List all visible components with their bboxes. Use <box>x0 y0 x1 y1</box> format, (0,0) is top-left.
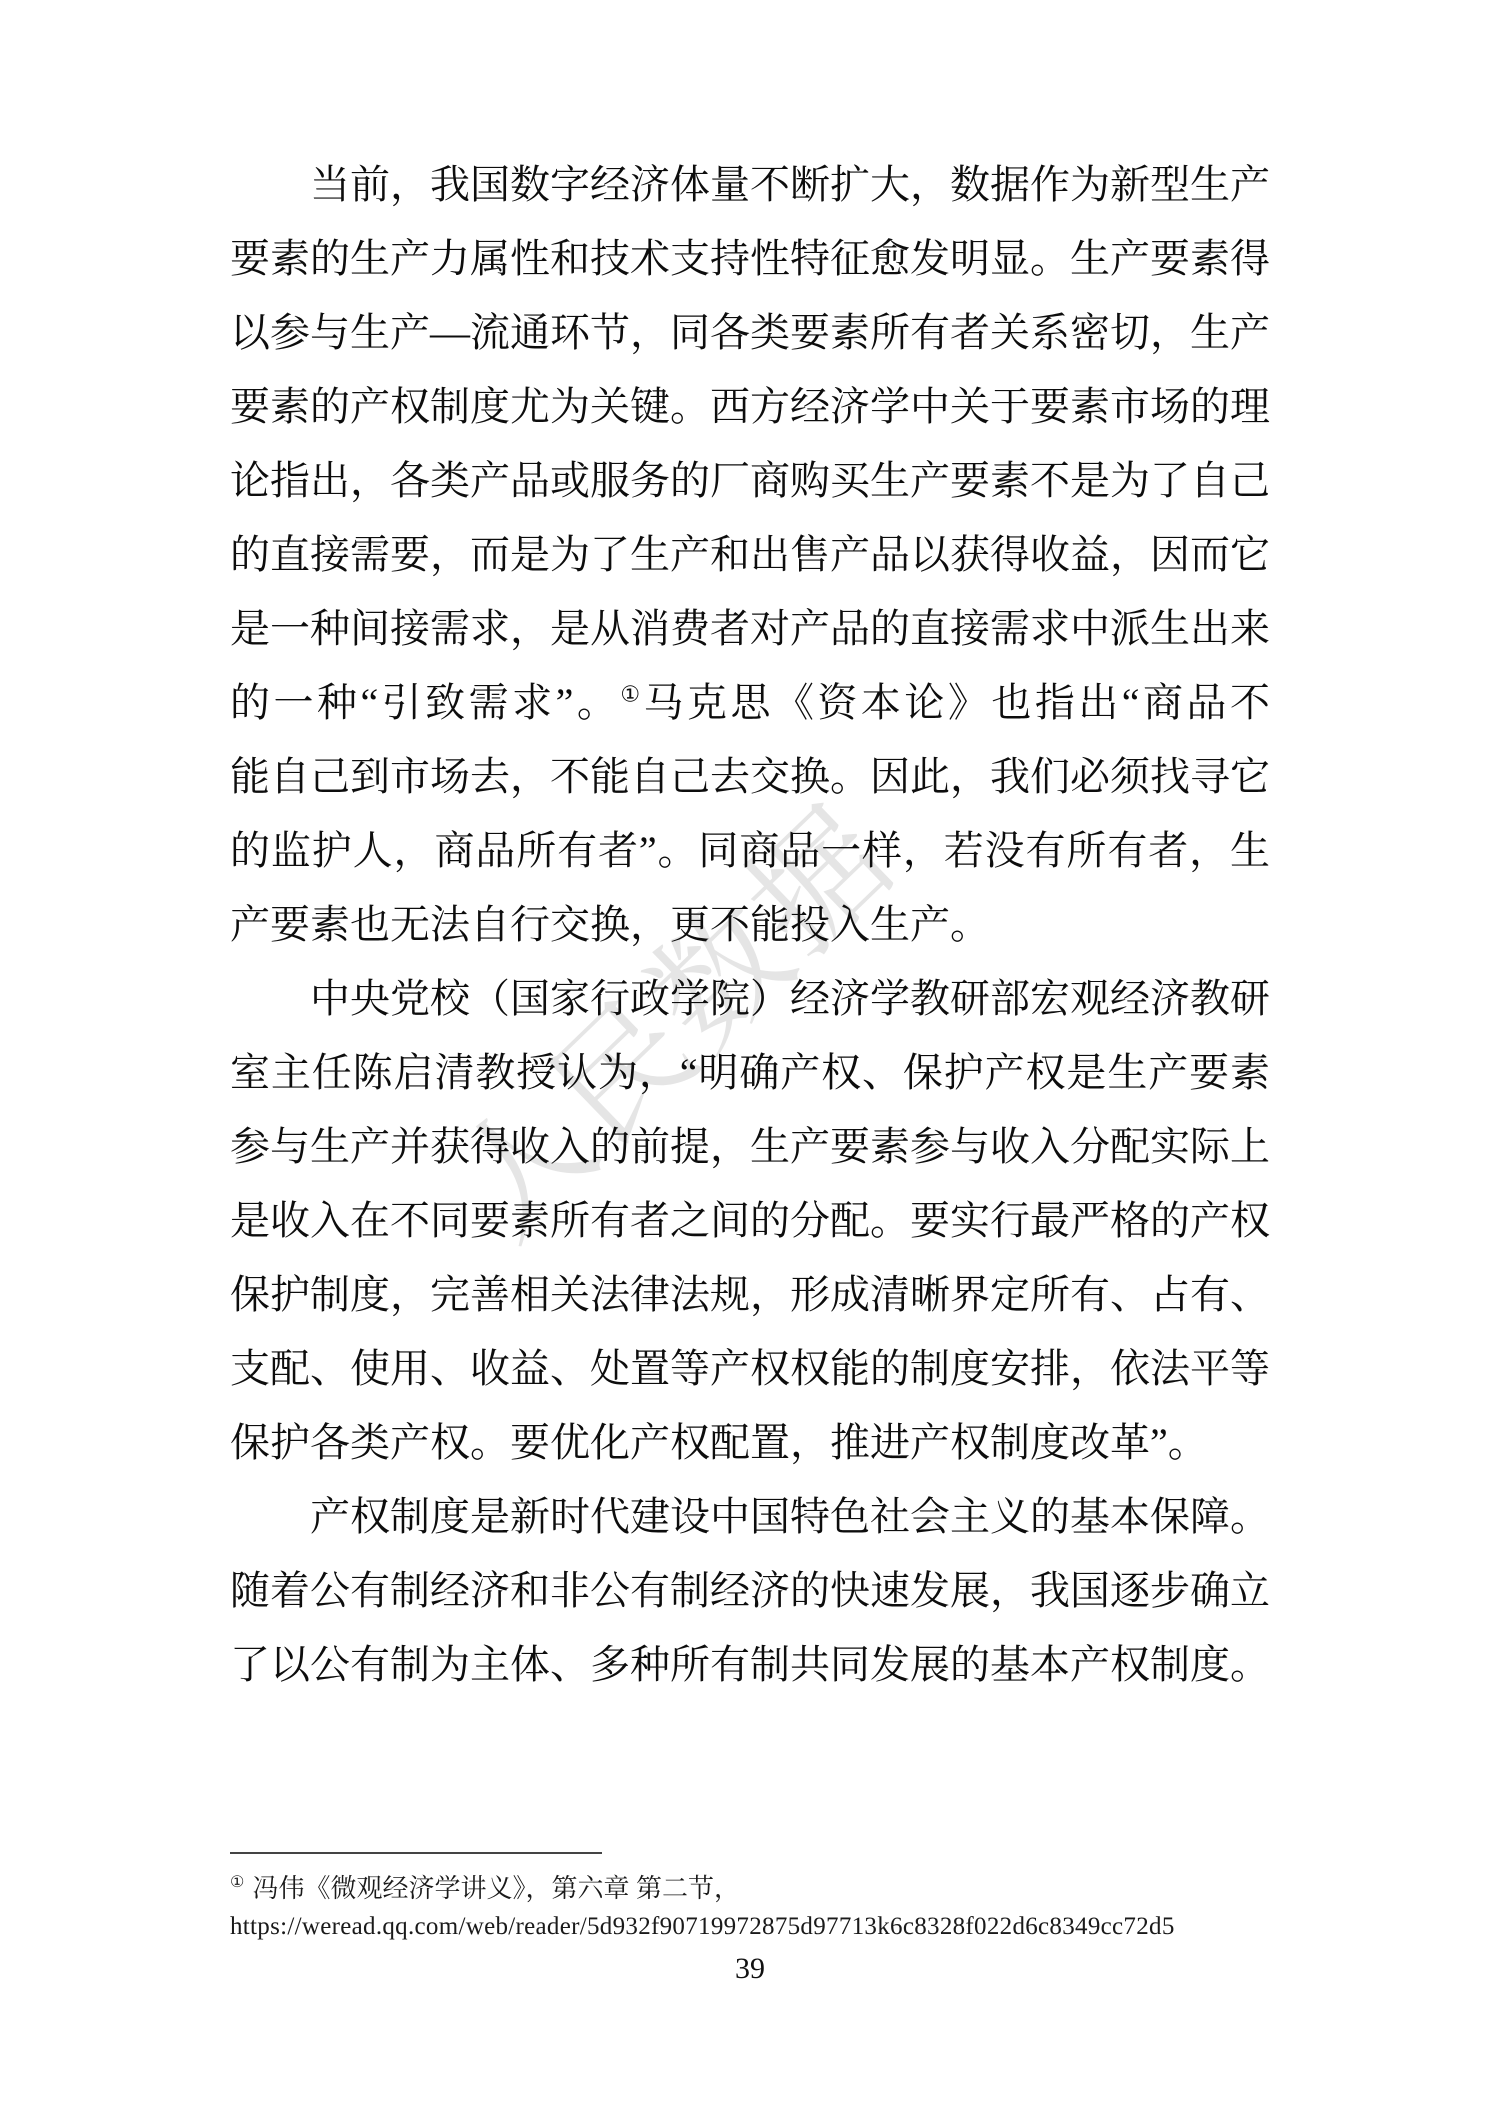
text-line: 论指出，各类产品或服务的厂商购买生产要素不是为了自己 <box>230 444 1270 518</box>
text-line: 以参与生产—流通环节，同各类要素所有者关系密切，生产 <box>230 296 1270 370</box>
text-line: 是收入在不同要素所有者之间的分配。要实行最严格的产权 <box>230 1184 1270 1258</box>
text-line: 产权制度是新时代建设中国特色社会主义的基本保障。 <box>230 1480 1270 1554</box>
text-line: 要素的生产力属性和技术支持性特征愈发明显。生产要素得 <box>230 222 1270 296</box>
text-line: 支配、使用、收益、处置等产权权能的制度安排，依法平等 <box>230 1332 1270 1406</box>
text-line: 产要素也无法自行交换，更不能投入生产。 <box>230 888 1270 962</box>
text-line: 中央党校（国家行政学院）经济学教研部宏观经济教研 <box>230 962 1270 1036</box>
text-line: 保护制度，完善相关法律法规，形成清晰界定所有、占有、 <box>230 1258 1270 1332</box>
footnote-ref-mark: ① <box>620 682 643 707</box>
text-line: 要素的产权制度尤为关键。西方经济学中关于要素市场的理 <box>230 370 1270 444</box>
text-line: 参与生产并获得收入的前提，生产要素参与收入分配实际上 <box>230 1110 1270 1184</box>
page-number: 39 <box>0 1952 1500 1986</box>
text-line: 能自己到市场去，不能自己去交换。因此，我们必须找寻它 <box>230 740 1270 814</box>
text-line: 当前，我国数字经济体量不断扩大，数据作为新型生产 <box>230 148 1270 222</box>
body-text: 当前，我国数字经济体量不断扩大，数据作为新型生产要素的生产力属性和技术支持性特征… <box>230 148 1270 1702</box>
text-line: 保护各类产权。要优化产权配置，推进产权制度改革”。 <box>230 1406 1270 1480</box>
document-page: 人民数据 当前，我国数字经济体量不断扩大，数据作为新型生产要素的生产力属性和技术… <box>0 0 1500 2121</box>
text-line: 随着公有制经济和非公有制经济的快速发展，我国逐步确立 <box>230 1554 1270 1628</box>
text-line: 是一种间接需求，是从消费者对产品的直接需求中派生出来 <box>230 592 1270 666</box>
text-line: 了以公有制为主体、多种所有制共同发展的基本产权制度。 <box>230 1628 1270 1702</box>
text-line: 的直接需要，而是为了生产和出售产品以获得收益，因而它 <box>230 518 1270 592</box>
text-line: 的监护人，商品所有者”。同商品一样，若没有所有者，生 <box>230 814 1270 888</box>
footnote-marker: ① <box>230 1874 244 1891</box>
text-line: 室主任陈启清教授认为，“明确产权、保护产权是生产要素 <box>230 1036 1270 1110</box>
text-line: 的一种“引致需求”。①马克思《资本论》也指出“商品不 <box>230 666 1270 740</box>
footnote-url[interactable]: https://weread.qq.com/web/reader/5d932f9… <box>230 1908 1270 1946</box>
footnote-text: 冯伟《微观经济学讲义》，第六章 第二节， <box>252 1874 740 1903</box>
footnote-area: ①冯伟《微观经济学讲义》，第六章 第二节， https://weread.qq.… <box>230 1852 1270 1946</box>
footnote-citation: ①冯伟《微观经济学讲义》，第六章 第二节， <box>230 1870 1270 1908</box>
footnote-separator <box>230 1852 602 1854</box>
